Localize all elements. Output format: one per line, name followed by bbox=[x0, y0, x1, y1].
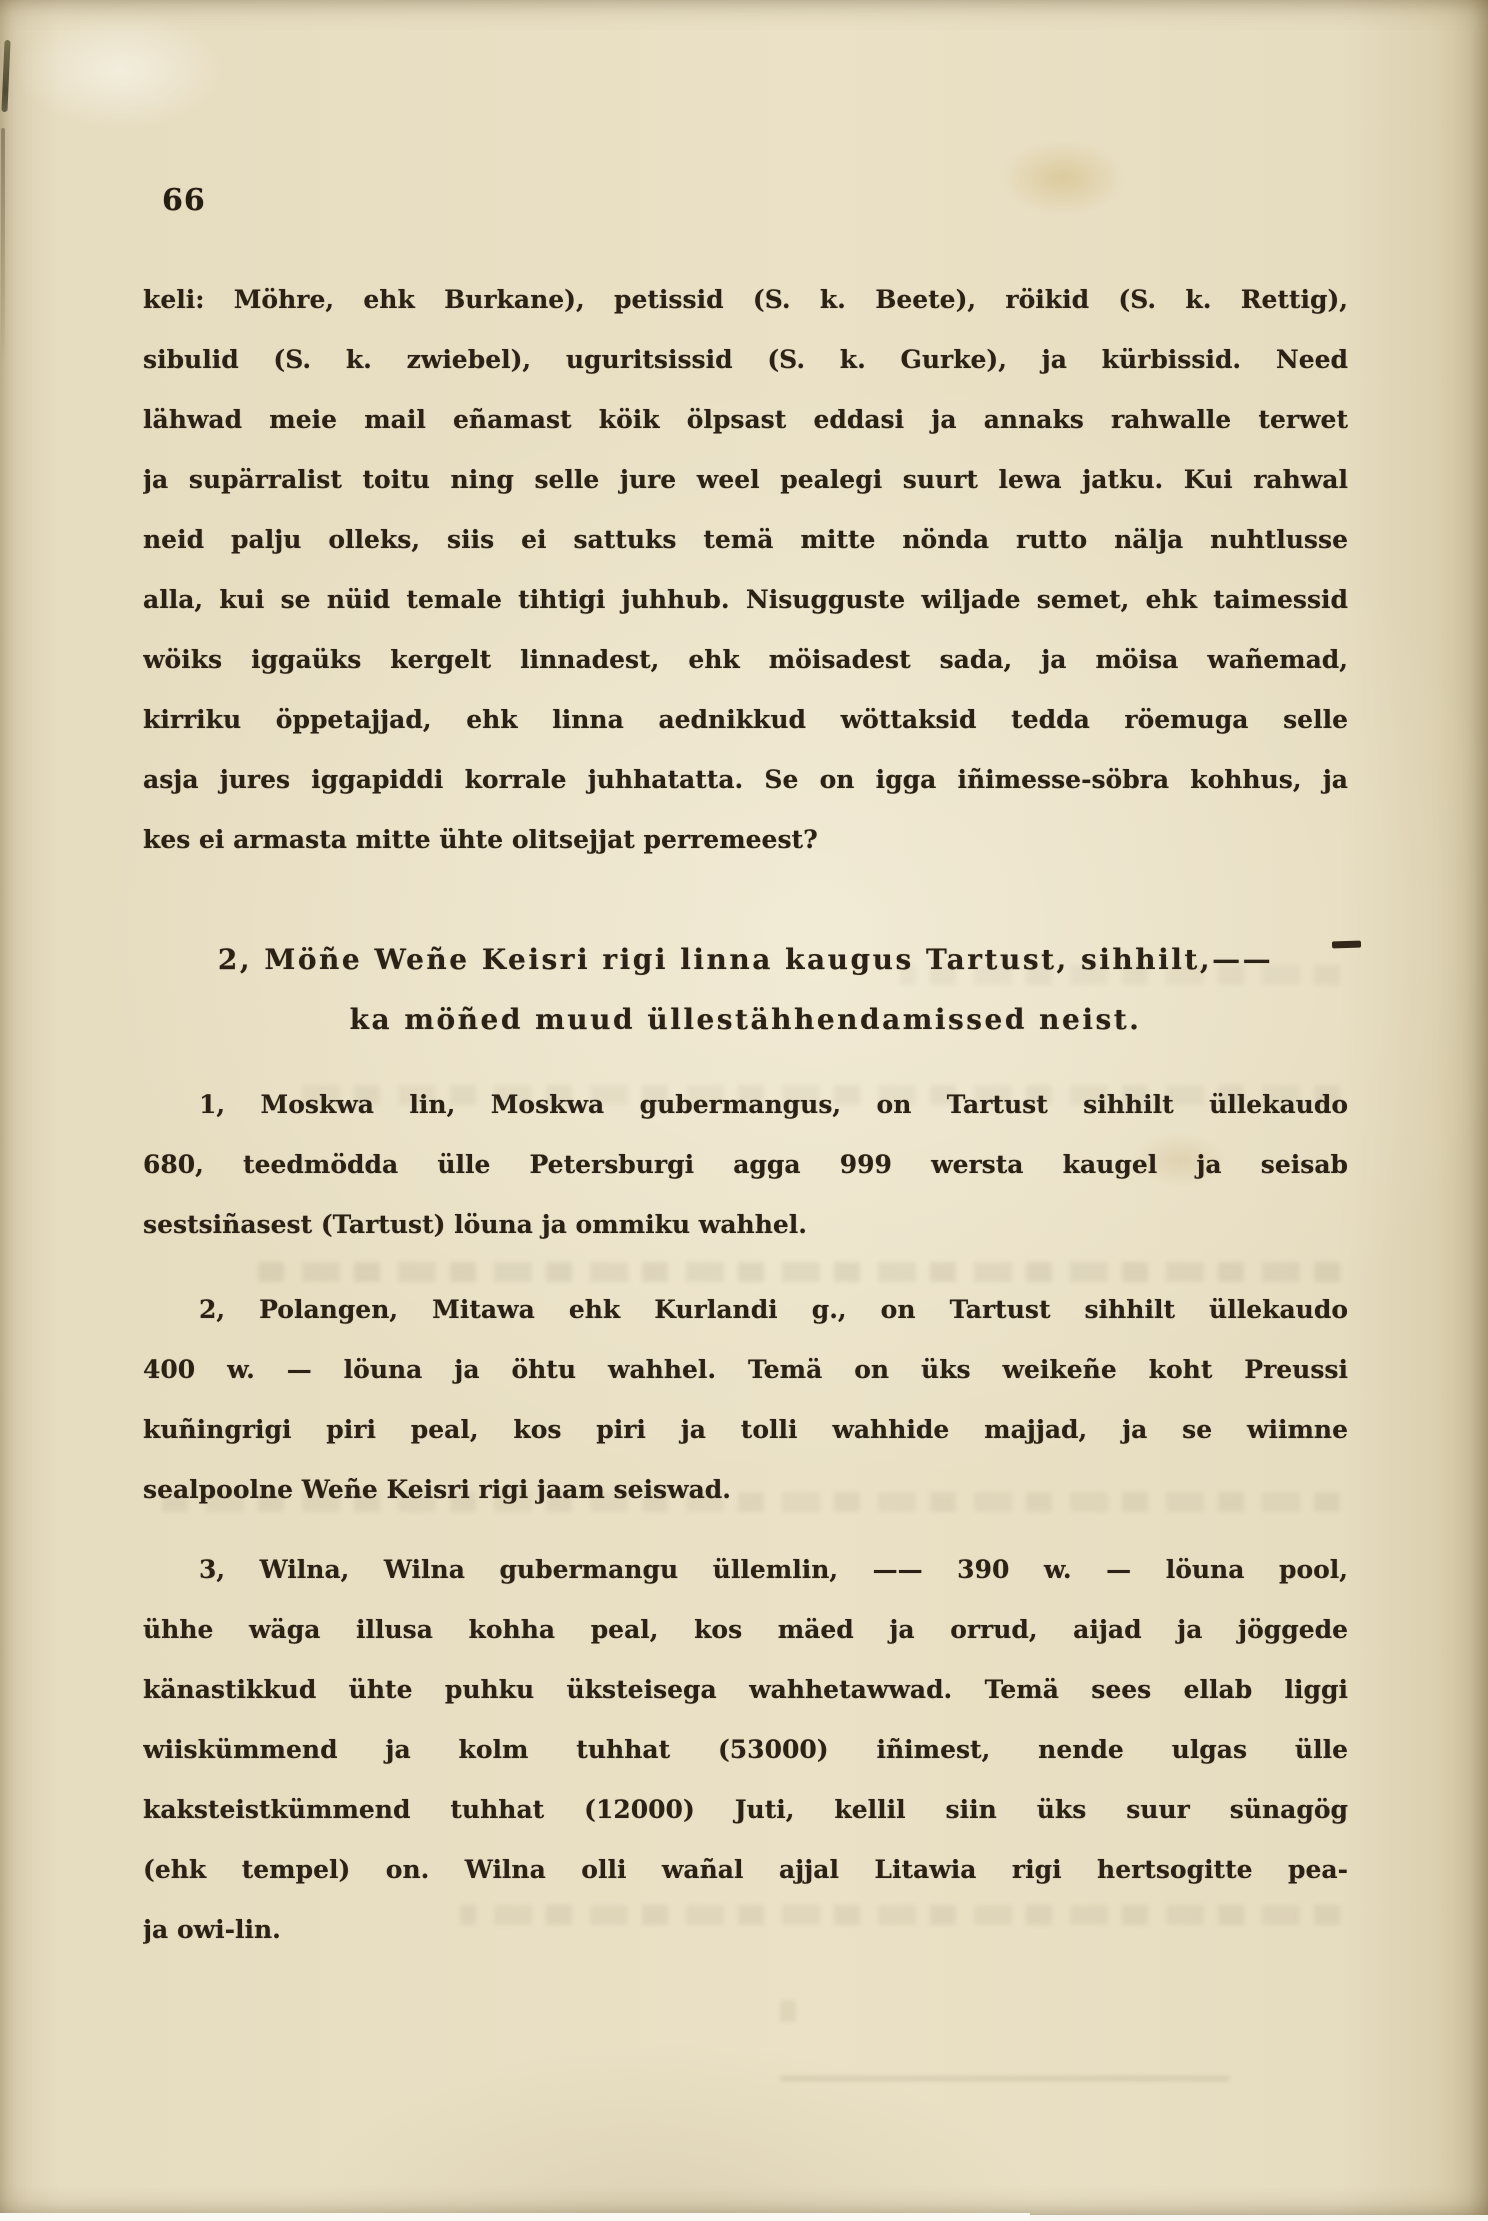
page-number: 66 bbox=[162, 183, 206, 218]
text-line: wiiskümmend ja kolm tuhhat (53000) iñime… bbox=[143, 1720, 1348, 1780]
text-line: kuñingrigi piri peal, kos piri ja tolli … bbox=[143, 1400, 1348, 1460]
text-line: 2, Polangen, Mitawa ehk Kurlandi g., on … bbox=[143, 1280, 1348, 1340]
page-bottom-edge bbox=[0, 2213, 1030, 2221]
binding-edge-mark bbox=[1, 40, 10, 112]
section-heading-line: 2, Möñe Weñe Keisri rigi linna kaugus Ta… bbox=[143, 930, 1348, 990]
text-line: kaksteistkümmend tuhhat (12000) Juti, ke… bbox=[143, 1780, 1348, 1840]
smudge-mark bbox=[780, 2076, 1230, 2081]
text-line: alla, kui se nüid temale tihtigi juhhub.… bbox=[143, 570, 1348, 630]
text-line: neid palju olleks, siis ei sattuks temä … bbox=[143, 510, 1348, 570]
text-line: 3, Wilna, Wilna gubermangu üllemlin, —— … bbox=[143, 1540, 1348, 1600]
text-line: känastikkud ühte puhku üksteisega wahhet… bbox=[143, 1660, 1348, 1720]
text-line: asja jures iggapiddi korrale juhhatatta.… bbox=[143, 750, 1348, 810]
text-line: ja supärralist toitu ning selle jure wee… bbox=[143, 450, 1348, 510]
text-line: wöiks iggaüks kergelt linnadest, ehk möi… bbox=[143, 630, 1348, 690]
text-line: kes ei armasta mitte ühte olitsejjat per… bbox=[143, 810, 1348, 870]
text-line: ühhe wäga illusa kohha peal, kos mäed ja… bbox=[143, 1600, 1348, 1660]
paragraph-continuation: keli: Möhre, ehk Burkane), petissid (S. … bbox=[143, 270, 1348, 870]
text-line: 1, Moskwa lin, Moskwa gubermangus, on Ta… bbox=[143, 1075, 1348, 1135]
scanned-page: 66 keli: Möhre, ehk Burkane), petissid (… bbox=[0, 0, 1488, 2215]
text-block: keli: Möhre, ehk Burkane), petissid (S. … bbox=[143, 270, 1348, 1960]
text-line: (ehk tempel) on. Wilna olli wañal ajjal … bbox=[143, 1840, 1348, 1900]
text-line: ja owi-lin. bbox=[143, 1900, 1348, 1960]
list-item-polangen: 2, Polangen, Mitawa ehk Kurlandi g., on … bbox=[143, 1280, 1348, 1520]
section-heading-line: ka möñed muud üllestähhendamissed neist. bbox=[143, 990, 1348, 1050]
text-line: sealpoolne Weñe Keisri rigi jaam seiswad… bbox=[143, 1460, 1348, 1520]
list-item-wilna: 3, Wilna, Wilna gubermangu üllemlin, —— … bbox=[143, 1540, 1348, 1960]
binding-edge-shadow bbox=[1, 128, 5, 368]
text-line: 400 w. — löuna ja öhtu wahhel. Temä on ü… bbox=[143, 1340, 1348, 1400]
text-line: 680, teedmödda ülle Petersburgi agga 999… bbox=[143, 1135, 1348, 1195]
text-line: keli: Möhre, ehk Burkane), petissid (S. … bbox=[143, 270, 1348, 330]
text-line: kirriku öppetajjad, ehk linna aednikkud … bbox=[143, 690, 1348, 750]
text-line: sibulid (S. k. zwiebel), uguritsissid (S… bbox=[143, 330, 1348, 390]
list-item-moskwa: 1, Moskwa lin, Moskwa gubermangus, on Ta… bbox=[143, 1075, 1348, 1255]
text-line: sestsiñasest (Tartust) löuna ja ommiku w… bbox=[143, 1195, 1348, 1255]
text-line: lähwad meie mail eñamast köik ölpsast ed… bbox=[143, 390, 1348, 450]
section-heading: 2, Möñe Weñe Keisri rigi linna kaugus Ta… bbox=[143, 930, 1348, 1050]
smudge-mark bbox=[780, 2000, 796, 2022]
